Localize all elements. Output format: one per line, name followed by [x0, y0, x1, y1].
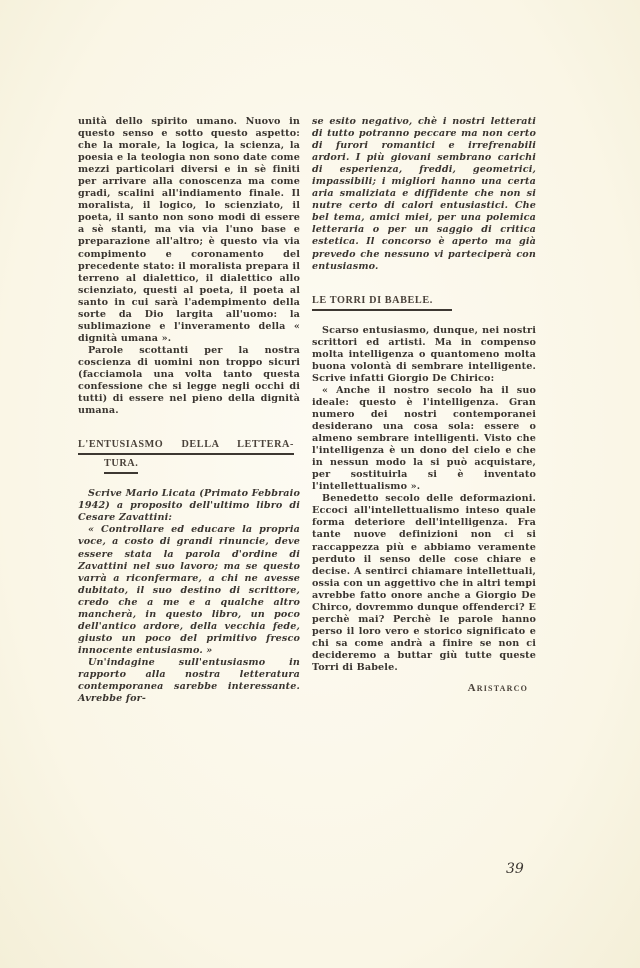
left-paragraph-4: Un'indagine sull'entusiasmo in rapporto … — [78, 657, 300, 705]
right-quote-dechirico: « Anche il nostro secolo ha il suo ideal… — [312, 385, 536, 493]
section-heading-torri: LE TORRI DI BABELE. — [312, 295, 536, 311]
right-paragraph-2: Scarso entusiasmo, dunque, nei nostri sc… — [312, 325, 536, 385]
left-column: unità dello spirito umano. Nuovo in ques… — [78, 116, 300, 705]
left-paragraph-1: unità dello spirito umano. Nuovo in ques… — [78, 116, 300, 345]
left-paragraph-2: Parole scottanti per la nostra coscienza… — [78, 345, 300, 417]
right-column: se esito negativo, chè i nostri letterat… — [312, 116, 536, 694]
author-signature: Aristarco — [312, 682, 536, 694]
right-paragraph-1: se esito negativo, chè i nostri letterat… — [312, 116, 536, 273]
left-paragraph-3: Scrive Mario Licata (Primato Febbraio 19… — [78, 488, 300, 524]
section-heading-torri-text: LE TORRI DI BABELE. — [312, 295, 452, 311]
section-heading-entusiasmo: L'ENTUSIASMO DELLA LETTERA- TURA. — [78, 439, 300, 474]
left-quote-zavattini: « Controllare ed educare la propria voce… — [78, 524, 300, 657]
page-number: 39 — [506, 861, 524, 877]
section-heading-line-2: TURA. — [104, 458, 138, 474]
right-paragraph-3: Benedetto secolo delle deformazioni. Ecc… — [312, 493, 536, 674]
section-heading-line-1: L'ENTUSIASMO DELLA LETTERA- — [78, 439, 294, 455]
